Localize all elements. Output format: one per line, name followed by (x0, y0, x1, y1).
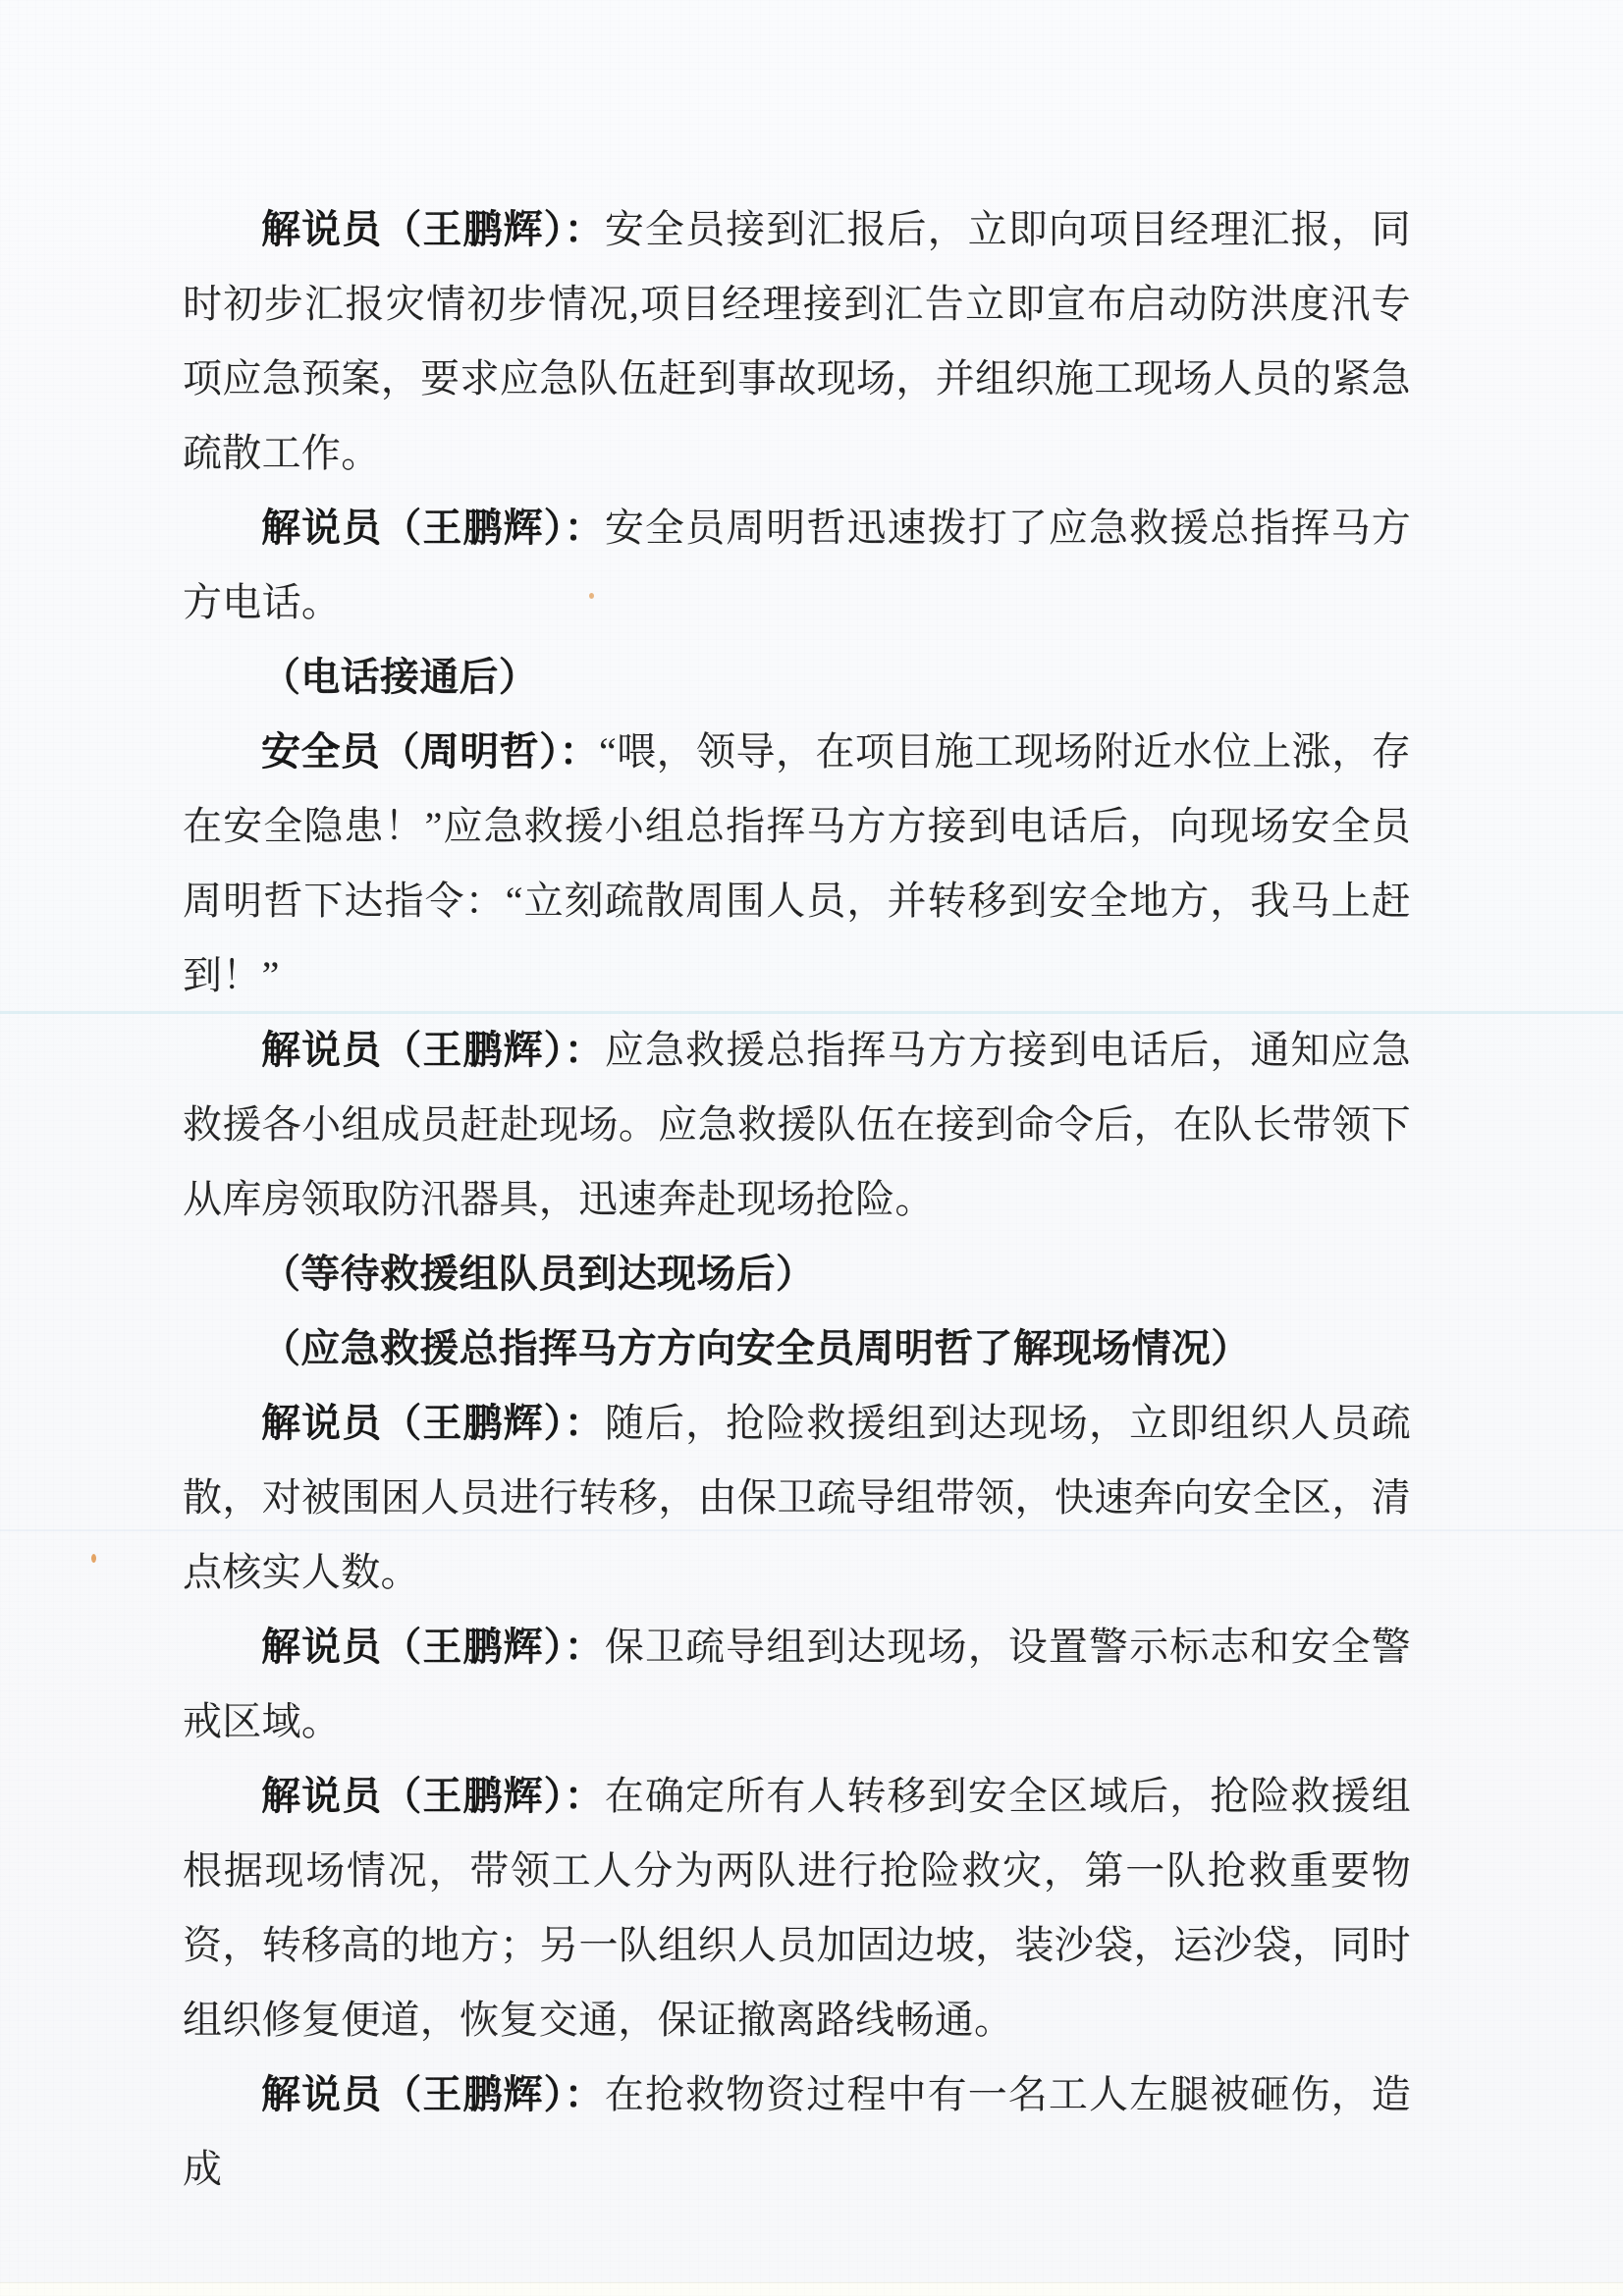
stage-direction: （等待救援组队员到达现场后） (183, 1237, 1411, 1311)
speaker-label: 解说员（王鹏辉）： (261, 506, 605, 550)
speaker-label: 解说员（王鹏辉）： (261, 1774, 605, 1818)
scan-edge-strip (0, 2282, 1623, 2296)
paragraph: 解说员（王鹏辉）：保卫疏导组到达现场，设置警示标志和安全警戒区域。 (183, 1610, 1411, 1759)
speaker-label: 解说员（王鹏辉）： (261, 1028, 605, 1072)
speaker-label: 解说员（王鹏辉）： (261, 1625, 605, 1669)
speaker-label: 解说员（王鹏辉）： (261, 1401, 605, 1445)
paragraph: 解说员（王鹏辉）：安全员周明哲迅速拨打了应急救援总指挥马方方电话。 (183, 491, 1411, 640)
paragraph: 解说员（王鹏辉）：在确定所有人转移到安全区域后，抢险救援组根据现场情况，带领工人… (183, 1759, 1411, 2057)
speaker-label: 安全员（周明哲）： (261, 729, 599, 774)
paragraph-list: 解说员（王鹏辉）：安全员接到汇报后，立即向项目经理汇报，同时初步汇报灾情初步情况… (183, 192, 1411, 2207)
scan-artifact-speck (91, 1554, 96, 1563)
stage-direction: （电话接通后） (183, 640, 1411, 715)
paragraph: 解说员（王鹏辉）：安全员接到汇报后，立即向项目经理汇报，同时初步汇报灾情初步情况… (183, 192, 1411, 491)
stage-direction: （应急救援总指挥马方方向安全员周明哲了解现场情况） (183, 1311, 1411, 1386)
document-page: 解说员（王鹏辉）：安全员接到汇报后，立即向项目经理汇报，同时初步汇报灾情初步情况… (0, 0, 1623, 2296)
speaker-label: 解说员（王鹏辉）： (261, 207, 605, 251)
paragraph: 解说员（王鹏辉）：应急救援总指挥马方方接到电话后，通知应急救援各小组成员赶赴现场… (183, 1013, 1411, 1237)
paragraph: 解说员（王鹏辉）：随后，抢险救援组到达现场，立即组织人员疏散，对被围困人员进行转… (183, 1386, 1411, 1610)
speaker-label: 解说员（王鹏辉）： (261, 2072, 605, 2116)
script-text-block: 解说员（王鹏辉）：安全员接到汇报后，立即向项目经理汇报，同时初步汇报灾情初步情况… (183, 192, 1411, 2207)
paragraph: 解说员（王鹏辉）：在抢救物资过程中有一名工人左腿被砸伤，造成 (183, 2057, 1411, 2207)
paragraph: 安全员（周明哲）：“喂，领导，在项目施工现场附近水位上涨，存在安全隐患！”应急救… (183, 715, 1411, 1013)
